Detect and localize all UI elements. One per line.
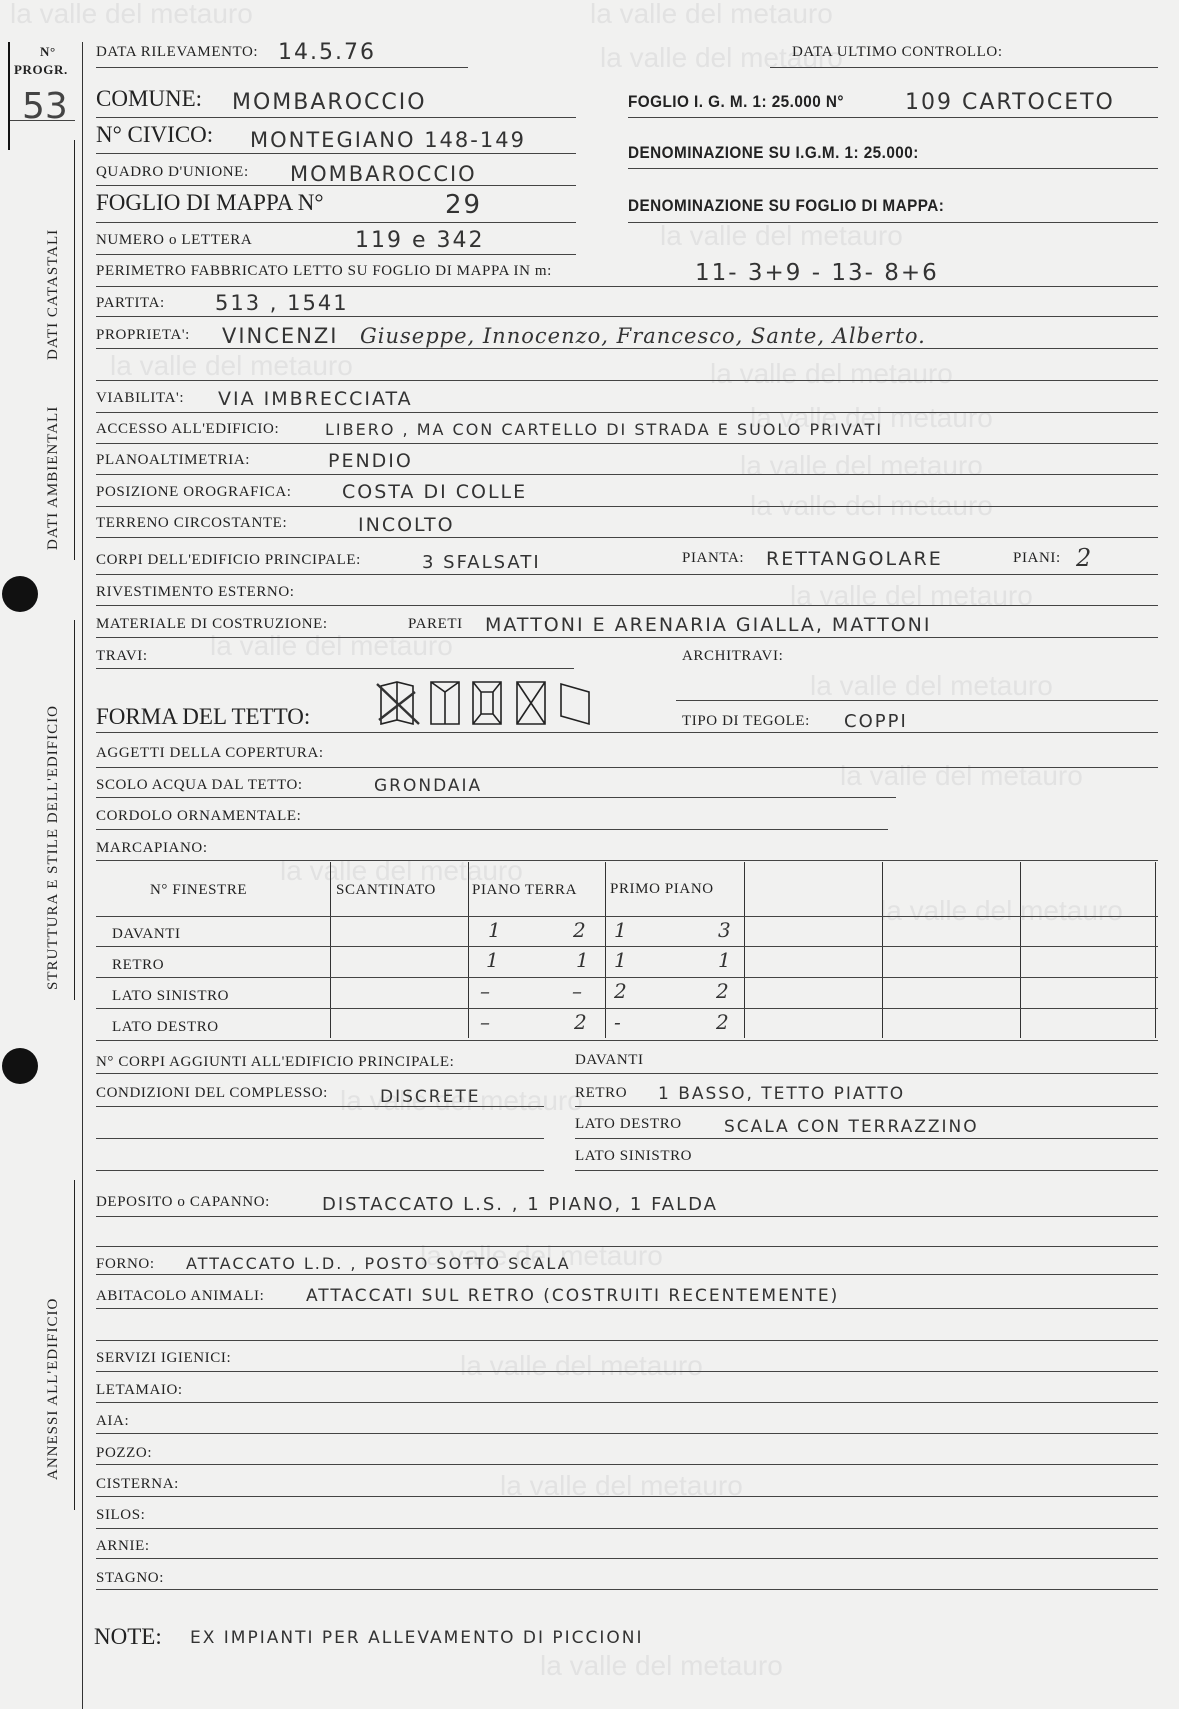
accesso-value[interactable]: LIBERO , MA CON CARTELLO DI STRADA E SUO… [325, 420, 883, 439]
tegole-label: TIPO DI TEGOLE: [682, 713, 810, 730]
data-rilevamento-label: DATA RILEVAMENTO: [96, 44, 258, 61]
servizi-label: SERVIZI IGIENICI: [96, 1350, 231, 1367]
roof-shape-option-3[interactable] [470, 678, 504, 728]
watermark: la valle del metauro [210, 630, 453, 662]
civico-value[interactable]: MONTEGIANO 148-149 [250, 128, 526, 152]
abitacolo-label: ABITACOLO ANIMALI: [96, 1288, 264, 1305]
corpi-value[interactable]: 3 SFALSATI [422, 552, 541, 573]
finestre-header: PIANO TERRA [472, 882, 577, 899]
materiale-sub-label: PARETI [408, 616, 463, 633]
pianta-value[interactable]: RETTANGOLARE [766, 548, 943, 570]
letamaio-label: LETAMAIO: [96, 1382, 183, 1399]
cisterna-label: CISTERNA: [96, 1476, 179, 1493]
architravi-label: ARCHITRAVI: [682, 648, 783, 665]
proprieta-surname[interactable]: VINCENZI [222, 324, 339, 348]
note-label: NOTE: [94, 1624, 162, 1650]
section-annessi: ANNESSI ALL'EDIFICIO [45, 1298, 62, 1480]
pianta-label: PIANTA: [682, 550, 744, 567]
aggiunti-destro-value[interactable]: SCALA CON TERRAZZINO [724, 1117, 979, 1137]
watermark: la valle del metauro [880, 895, 1123, 927]
numero-label: NUMERO o LETTERA [96, 232, 252, 249]
perimetro-value[interactable]: 11- 3+9 - 13- 8+6 [695, 260, 939, 286]
scolo-value[interactable]: GRONDAIA [374, 776, 482, 796]
progr-label: N° [40, 44, 56, 60]
cordolo-label: CORDOLO ORNAMENTALE: [96, 808, 301, 825]
piani-label: PIANI: [1013, 550, 1061, 567]
corpi-aggiunti-label: N° CORPI AGGIUNTI ALL'EDIFICIO PRINCIPAL… [96, 1054, 454, 1071]
tegole-value[interactable]: COPPI [844, 711, 908, 732]
aggiunti-retro-label: RETRO [575, 1085, 627, 1102]
watermark: la valle del metauro [710, 358, 953, 390]
stagno-label: STAGNO: [96, 1570, 164, 1587]
rivestimento-label: RIVESTIMENTO ESTERNO: [96, 584, 295, 601]
watermark: la valle del metauro [540, 1650, 783, 1682]
watermark: la valle del metauro [110, 350, 353, 382]
aia-label: AIA: [96, 1413, 129, 1430]
proprieta-label: PROPRIETA': [96, 327, 190, 344]
forma-tetto-label: FORMA DEL TETTO: [96, 704, 310, 730]
roof-shape-option-2[interactable] [428, 678, 462, 728]
partita-label: PARTITA: [96, 295, 165, 312]
comune-label: COMUNE: [96, 86, 202, 112]
section-dati-catastali: DATI CATASTALI [45, 229, 62, 360]
roof-shape-option-1-selected[interactable] [375, 678, 421, 728]
watermark: la valle del metauro [460, 1350, 703, 1382]
watermark: la valle del metauro [790, 580, 1033, 612]
marcapiano-label: MARCAPIANO: [96, 840, 208, 857]
forno-value[interactable]: ATTACCATO L.D. , POSTO SOTTO SCALA [186, 1254, 571, 1273]
section-brace [74, 140, 75, 560]
progr-label: PROGR. [14, 62, 68, 78]
foglio-mappa-label: FOGLIO DI MAPPA N° [96, 190, 324, 216]
igm-value[interactable]: 109 CARTOCETO [905, 90, 1115, 115]
civico-label: N° CIVICO: [96, 122, 213, 148]
watermark: la valle del metauro [740, 450, 983, 482]
watermark: la valle del metauro [810, 670, 1053, 702]
numero-value[interactable]: 119 e 342 [355, 228, 485, 253]
progr-box-border [8, 42, 10, 150]
travi-label: TRAVI: [96, 648, 148, 665]
deposito-value[interactable]: DISTACCATO L.S. , 1 PIANO, 1 FALDA [322, 1194, 718, 1215]
piani-value[interactable]: 2 [1076, 544, 1091, 572]
watermark: la valle del metauro [10, 0, 253, 30]
aggiunti-destro-label: LATO DESTRO [575, 1116, 682, 1133]
igm-label: FOGLIO I. G. M. 1: 25.000 N° [628, 92, 844, 112]
perimetro-label: PERIMETRO FABBRICATO LETTO SU FOGLIO DI … [96, 263, 552, 280]
pozzo-label: POZZO: [96, 1445, 152, 1462]
section-brace [74, 1180, 75, 1510]
quadro-label: QUADRO D'UNIONE: [96, 164, 249, 181]
planoaltimetria-value[interactable]: PENDIO [328, 450, 413, 472]
accesso-label: ACCESSO ALL'EDIFICIO: [96, 421, 279, 438]
section-brace [74, 620, 75, 1000]
arnie-label: ARNIE: [96, 1538, 150, 1555]
aggiunti-retro-value[interactable]: 1 BASSO, TETTO PIATTO [658, 1084, 905, 1104]
watermark: la valle del metauro [590, 0, 833, 30]
finestre-header: PRIMO PIANO [610, 881, 714, 898]
den-mappa-label: DENOMINAZIONE SU FOGLIO DI MAPPA: [628, 196, 944, 216]
watermark: la valle del metauro [500, 1470, 743, 1502]
viabilita-label: VIABILITA': [96, 390, 184, 407]
data-ultimo-controllo-label: DATA ULTIMO CONTROLLO: [792, 44, 1003, 61]
aggiunti-sinistro-label: LATO SINISTRO [575, 1148, 692, 1165]
silos-label: SILOS: [96, 1507, 145, 1524]
section-dati-ambientali: DATI AMBIENTALI [45, 406, 62, 550]
finestre-header: N° FINESTRE [150, 882, 247, 899]
comune-value[interactable]: MOMBAROCCIO [232, 90, 427, 115]
materiale-value[interactable]: MATTONI E ARENARIA GIALLA, MATTONI [485, 614, 931, 636]
punch-hole [2, 576, 38, 612]
deposito-label: DEPOSITO o CAPANNO: [96, 1194, 270, 1211]
aggetti-label: AGGETTI DELLA COPERTURA: [96, 745, 324, 762]
materiale-label: MATERIALE DI COSTRUZIONE: [96, 616, 328, 633]
roof-shape-option-5[interactable] [558, 678, 592, 728]
section-struttura: STRUTTURA E STILE DELL'EDIFICIO [45, 705, 62, 990]
posizione-label: POSIZIONE OROGRAFICA: [96, 484, 292, 501]
aggiunti-davanti-label: DAVANTI [575, 1052, 644, 1069]
watermark: la valle del metauro [660, 220, 903, 252]
proprieta-names[interactable]: Giuseppe, Innocenzo, Francesco, Sante, A… [360, 324, 926, 348]
foglio-mappa-value[interactable]: 29 [445, 190, 482, 220]
form-left-border [82, 42, 83, 1709]
viabilita-value[interactable]: VIA IMBRECCIATA [218, 388, 413, 410]
data-rilevamento-value[interactable]: 14.5.76 [278, 40, 376, 65]
punch-hole [2, 1048, 38, 1084]
roof-shape-option-4[interactable] [514, 678, 548, 728]
planoaltimetria-label: PLANOALTIMETRIA: [96, 452, 250, 469]
watermark: la valle del metauro [840, 760, 1083, 792]
terreno-label: TERRENO CIRCOSTANTE: [96, 515, 287, 532]
quadro-value[interactable]: MOMBAROCCIO [290, 162, 477, 186]
corpi-label: CORPI DELL'EDIFICIO PRINCIPALE: [96, 552, 361, 569]
terreno-value[interactable]: INCOLTO [358, 514, 455, 536]
forno-label: FORNO: [96, 1256, 155, 1273]
progr-value: 53 [22, 86, 68, 127]
den-igm-label: DENOMINAZIONE SU I.G.M. 1: 25.000: [628, 143, 919, 163]
condizioni-value[interactable]: DISCRETE [380, 1087, 480, 1107]
condizioni-label: CONDIZIONI DEL COMPLESSO: [96, 1085, 328, 1102]
scolo-label: SCOLO ACQUA DAL TETTO: [96, 777, 303, 794]
abitacolo-value[interactable]: ATTACCATI SUL RETRO (COSTRUITI RECENTEME… [306, 1286, 839, 1306]
finestre-header: SCANTINATO [336, 882, 436, 899]
posizione-value[interactable]: COSTA DI COLLE [342, 481, 527, 503]
note-value[interactable]: EX IMPIANTI PER ALLEVAMENTO DI PICCIONI [190, 1628, 644, 1648]
partita-value[interactable]: 513 , 1541 [215, 291, 349, 315]
